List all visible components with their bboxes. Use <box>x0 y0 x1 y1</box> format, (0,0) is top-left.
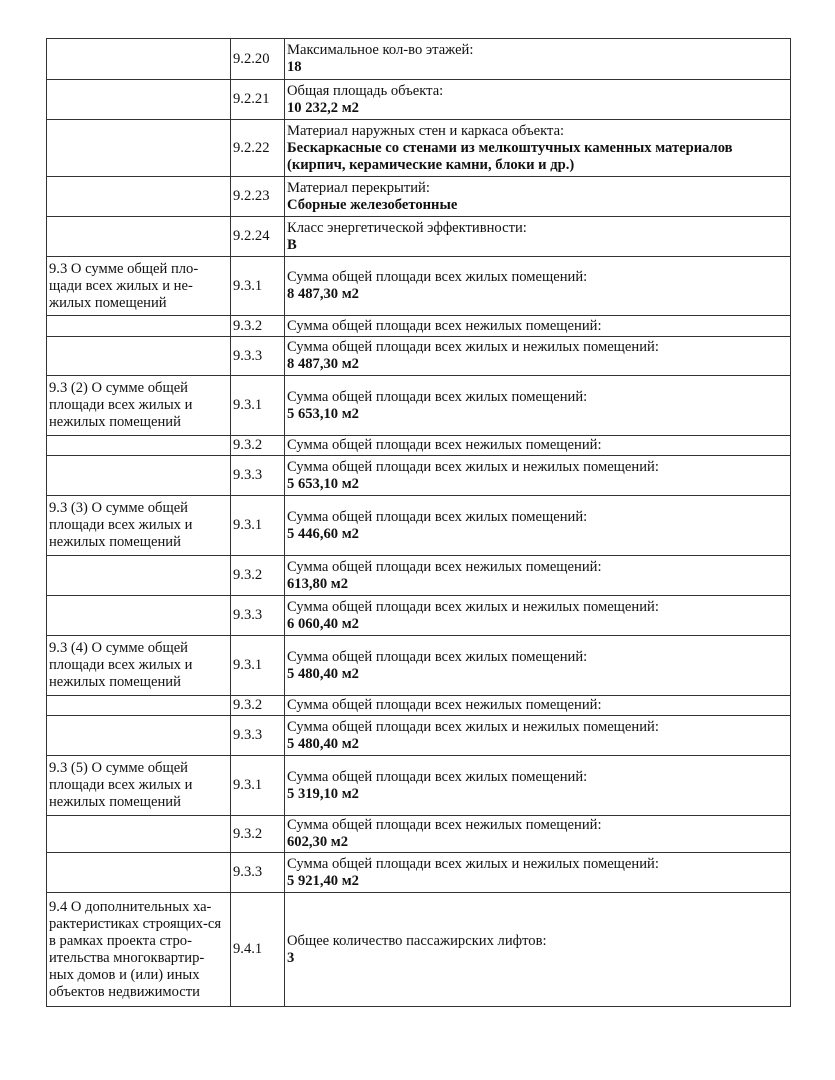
section-cell: 9.4 О дополнительных ха-рактеристиках ст… <box>47 893 231 1007</box>
code-cell: 9.3.3 <box>231 853 285 893</box>
section-title: 9.3 (3) О сумме общей площади всех жилых… <box>49 500 192 550</box>
section-title: 9.3 О сумме общей пло-щади всех жилых и … <box>49 261 198 311</box>
item-code: 9.3.3 <box>233 727 262 743</box>
content-cell: Общее количество пассажирских лифтов: 3 <box>285 893 791 1007</box>
section-title: 9.3 (5) О сумме общей площади всех жилых… <box>49 760 192 810</box>
item-label: Сумма общей площади всех жилых помещений… <box>287 769 788 786</box>
content-cell: Сумма общей площади всех жилых и нежилых… <box>285 337 791 376</box>
section-cell <box>47 39 231 80</box>
item-label: Максимальное кол-во этажей: <box>287 42 788 59</box>
content-cell: Сумма общей площади всех нежилых помещен… <box>285 816 791 853</box>
table-row: 9.4 О дополнительных ха-рактеристиках ст… <box>47 893 791 1007</box>
code-cell: 9.2.21 <box>231 80 285 120</box>
code-cell: 9.2.20 <box>231 39 285 80</box>
content-cell: Сумма общей площади всех жилых помещений… <box>285 756 791 816</box>
section-cell <box>47 853 231 893</box>
item-value: 5 480,40 м2 <box>287 666 788 683</box>
content-cell: Сумма общей площади всех жилых помещений… <box>285 257 791 316</box>
item-label: Сумма общей площади всех нежилых помещен… <box>287 559 788 576</box>
content-cell: Материал наружных стен и каркаса объекта… <box>285 120 791 177</box>
section-cell: 9.3 (4) О сумме общей площади всех жилых… <box>47 636 231 696</box>
item-label: Материал наружных стен и каркаса объекта… <box>287 123 788 140</box>
item-label: Сумма общей площади всех нежилых помещен… <box>287 437 788 454</box>
item-label: Сумма общей площади всех жилых и нежилых… <box>287 599 788 616</box>
item-label: Сумма общей площади всех жилых и нежилых… <box>287 856 788 873</box>
item-code: 9.3.2 <box>233 826 262 842</box>
section-cell <box>47 177 231 217</box>
item-label: Сумма общей площади всех жилых помещений… <box>287 509 788 526</box>
item-label: Сумма общей площади всех жилых помещений… <box>287 269 788 286</box>
code-cell: 9.4.1 <box>231 893 285 1007</box>
table-row: 9.3 (2) О сумме общей площади всех жилых… <box>47 376 791 436</box>
section-cell <box>47 556 231 596</box>
content-cell: Класс энергетической эффективности: В <box>285 217 791 257</box>
section-cell <box>47 316 231 337</box>
code-cell: 9.3.2 <box>231 556 285 596</box>
item-label: Сумма общей площади всех жилых и нежилых… <box>287 339 788 356</box>
content-cell: Материал перекрытий: Сборные железобетон… <box>285 177 791 217</box>
code-cell: 9.3.3 <box>231 337 285 376</box>
table-row: 9.2.23 Материал перекрытий: Сборные желе… <box>47 177 791 217</box>
item-code: 9.3.2 <box>233 437 262 453</box>
table-row: 9.3.2 Сумма общей площади всех нежилых п… <box>47 436 791 456</box>
content-cell: Сумма общей площади всех нежилых помещен… <box>285 316 791 337</box>
content-cell: Сумма общей площади всех жилых помещений… <box>285 496 791 556</box>
content-cell: Сумма общей площади всех нежилых помещен… <box>285 556 791 596</box>
section-title: 9.4 О дополнительных ха-рактеристиках ст… <box>49 899 221 1000</box>
table-row: 9.3.2 Сумма общей площади всех нежилых п… <box>47 816 791 853</box>
item-value: 5 319,10 м2 <box>287 786 788 803</box>
section-title: 9.3 (4) О сумме общей площади всех жилых… <box>49 640 192 690</box>
table-row: 9.2.20 Максимальное кол-во этажей: 18 <box>47 39 791 80</box>
section-cell: 9.3 О сумме общей пло-щади всех жилых и … <box>47 257 231 316</box>
item-code: 9.3.2 <box>233 697 262 713</box>
table-row: 9.3.3 Сумма общей площади всех жилых и н… <box>47 456 791 496</box>
section-cell: 9.3 (5) О сумме общей площади всех жилых… <box>47 756 231 816</box>
item-value: 5 921,40 м2 <box>287 873 788 890</box>
section-cell <box>47 696 231 716</box>
code-cell: 9.3.1 <box>231 257 285 316</box>
item-value: 18 <box>287 59 788 76</box>
section-cell <box>47 337 231 376</box>
item-value: В <box>287 237 788 254</box>
item-label: Сумма общей площади всех жилых помещений… <box>287 389 788 406</box>
item-code: 9.4.1 <box>233 941 262 957</box>
section-cell: 9.3 (2) О сумме общей площади всех жилых… <box>47 376 231 436</box>
item-code: 9.3.3 <box>233 607 262 623</box>
item-code: 9.2.21 <box>233 91 269 107</box>
table-row: 9.3.3 Сумма общей площади всех жилых и н… <box>47 853 791 893</box>
code-cell: 9.3.2 <box>231 816 285 853</box>
item-code: 9.2.24 <box>233 228 269 244</box>
item-label: Класс энергетической эффективности: <box>287 220 788 237</box>
item-label: Общее количество пассажирских лифтов: <box>287 933 788 950</box>
content-cell: Сумма общей площади всех жилых и нежилых… <box>285 456 791 496</box>
item-label: Сумма общей площади всех нежилых помещен… <box>287 817 788 834</box>
table-row: 9.3.3 Сумма общей площади всех жилых и н… <box>47 596 791 636</box>
table-row: 9.3 (5) О сумме общей площади всех жилых… <box>47 756 791 816</box>
item-value: 8 487,30 м2 <box>287 286 788 303</box>
table-row: 9.2.24 Класс энергетической эффективност… <box>47 217 791 257</box>
code-cell: 9.3.3 <box>231 716 285 756</box>
section-cell <box>47 596 231 636</box>
content-cell: Общая площадь объекта: 10 232,2 м2 <box>285 80 791 120</box>
content-cell: Сумма общей площади всех жилых и нежилых… <box>285 596 791 636</box>
item-value: 6 060,40 м2 <box>287 616 788 633</box>
section-cell <box>47 120 231 177</box>
code-cell: 9.3.1 <box>231 636 285 696</box>
item-code: 9.3.1 <box>233 517 262 533</box>
code-cell: 9.3.1 <box>231 756 285 816</box>
item-value: Бескаркасные со стенами из мелкоштучных … <box>287 140 788 174</box>
code-cell: 9.3.2 <box>231 436 285 456</box>
declaration-table: 9.2.20 Максимальное кол-во этажей: 18 9.… <box>46 38 791 1007</box>
content-cell: Сумма общей площади всех нежилых помещен… <box>285 436 791 456</box>
item-label: Сумма общей площади всех нежилых помещен… <box>287 697 788 714</box>
table-row: 9.3.3 Сумма общей площади всех жилых и н… <box>47 337 791 376</box>
item-label: Сумма общей площади всех нежилых помещен… <box>287 318 788 335</box>
item-value: Сборные железобетонные <box>287 197 788 214</box>
item-value: 10 232,2 м2 <box>287 100 788 117</box>
content-cell: Сумма общей площади всех жилых помещений… <box>285 376 791 436</box>
item-value: 3 <box>287 950 788 967</box>
section-cell <box>47 217 231 257</box>
item-label: Общая площадь объекта: <box>287 83 788 100</box>
section-cell <box>47 716 231 756</box>
item-code: 9.3.3 <box>233 467 262 483</box>
item-label: Материал перекрытий: <box>287 180 788 197</box>
section-cell <box>47 816 231 853</box>
code-cell: 9.3.1 <box>231 376 285 436</box>
code-cell: 9.3.3 <box>231 456 285 496</box>
table-row: 9.3.2 Сумма общей площади всех нежилых п… <box>47 696 791 716</box>
content-cell: Сумма общей площади всех нежилых помещен… <box>285 696 791 716</box>
item-code: 9.3.1 <box>233 278 262 294</box>
item-code: 9.2.23 <box>233 188 269 204</box>
table-row: 9.3 (4) О сумме общей площади всех жилых… <box>47 636 791 696</box>
code-cell: 9.2.23 <box>231 177 285 217</box>
table-row: 9.3.2 Сумма общей площади всех нежилых п… <box>47 556 791 596</box>
item-label: Сумма общей площади всех жилых и нежилых… <box>287 459 788 476</box>
item-code: 9.2.22 <box>233 140 269 156</box>
code-cell: 9.3.3 <box>231 596 285 636</box>
content-cell: Сумма общей площади всех жилых помещений… <box>285 636 791 696</box>
code-cell: 9.2.24 <box>231 217 285 257</box>
section-cell <box>47 80 231 120</box>
item-code: 9.3.3 <box>233 348 262 364</box>
content-cell: Максимальное кол-во этажей: 18 <box>285 39 791 80</box>
item-value: 5 653,10 м2 <box>287 406 788 423</box>
table-row: 9.2.21 Общая площадь объекта: 10 232,2 м… <box>47 80 791 120</box>
item-value: 5 480,40 м2 <box>287 736 788 753</box>
item-value: 602,30 м2 <box>287 834 788 851</box>
content-cell: Сумма общей площади всех жилых и нежилых… <box>285 853 791 893</box>
item-code: 9.3.1 <box>233 657 262 673</box>
item-code: 9.3.2 <box>233 567 262 583</box>
item-code: 9.2.20 <box>233 51 269 67</box>
item-code: 9.3.2 <box>233 318 262 334</box>
code-cell: 9.3.2 <box>231 696 285 716</box>
item-code: 9.3.3 <box>233 864 262 880</box>
item-label: Сумма общей площади всех жилых и нежилых… <box>287 719 788 736</box>
table-row: 9.3.3 Сумма общей площади всех жилых и н… <box>47 716 791 756</box>
code-cell: 9.3.1 <box>231 496 285 556</box>
section-cell <box>47 456 231 496</box>
code-cell: 9.2.22 <box>231 120 285 177</box>
table-row: 9.3 (3) О сумме общей площади всех жилых… <box>47 496 791 556</box>
item-label: Сумма общей площади всех жилых помещений… <box>287 649 788 666</box>
table-row: 9.3 О сумме общей пло-щади всех жилых и … <box>47 257 791 316</box>
item-value: 5 653,10 м2 <box>287 476 788 493</box>
section-cell: 9.3 (3) О сумме общей площади всех жилых… <box>47 496 231 556</box>
content-cell: Сумма общей площади всех жилых и нежилых… <box>285 716 791 756</box>
item-value: 8 487,30 м2 <box>287 356 788 373</box>
table-body: 9.2.20 Максимальное кол-во этажей: 18 9.… <box>47 39 791 1007</box>
item-value: 613,80 м2 <box>287 576 788 593</box>
item-code: 9.3.1 <box>233 397 262 413</box>
code-cell: 9.3.2 <box>231 316 285 337</box>
table-row: 9.3.2 Сумма общей площади всех нежилых п… <box>47 316 791 337</box>
section-cell <box>47 436 231 456</box>
section-title: 9.3 (2) О сумме общей площади всех жилых… <box>49 380 192 430</box>
table-row: 9.2.22 Материал наружных стен и каркаса … <box>47 120 791 177</box>
item-value: 5 446,60 м2 <box>287 526 788 543</box>
item-code: 9.3.1 <box>233 777 262 793</box>
